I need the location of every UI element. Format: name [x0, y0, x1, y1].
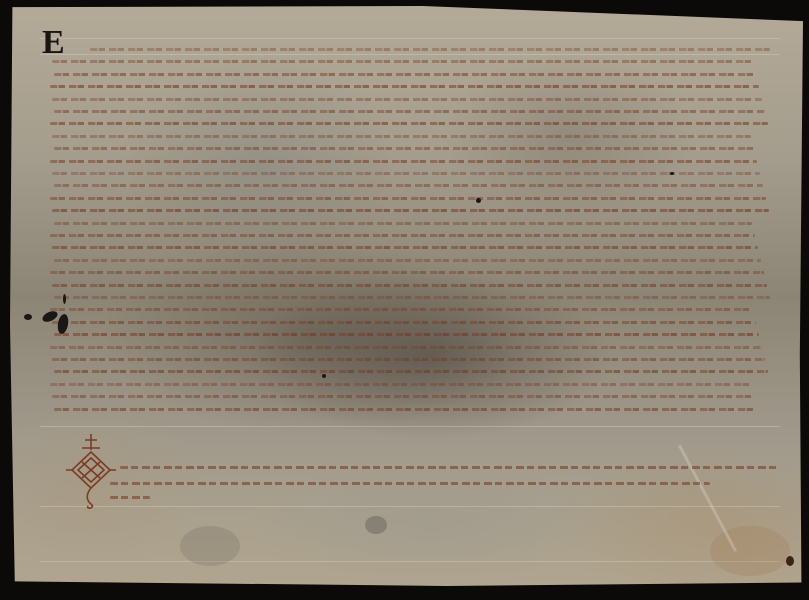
ruling-crease — [40, 506, 780, 507]
ruling-crease — [40, 38, 780, 39]
script-line — [50, 308, 753, 311]
script-line — [52, 60, 753, 63]
water-stain — [365, 516, 387, 534]
script-line — [52, 395, 754, 398]
script-line — [52, 98, 762, 101]
script-line — [50, 383, 751, 386]
script-line — [50, 346, 762, 349]
script-line — [54, 73, 756, 76]
hole-damage — [24, 314, 32, 320]
script-line — [50, 271, 764, 274]
script-line — [52, 246, 758, 249]
ink-spot — [476, 198, 481, 203]
script-line — [54, 259, 761, 262]
script-line — [52, 358, 765, 361]
script-line — [54, 222, 752, 225]
script-line — [90, 48, 770, 51]
script-line — [50, 160, 757, 163]
subscription-text-line — [110, 482, 710, 485]
script-line — [52, 284, 767, 287]
subscription-text-line — [120, 466, 780, 469]
ruling-crease — [40, 561, 780, 562]
water-stain — [180, 526, 240, 566]
script-line — [54, 110, 765, 113]
script-line — [54, 296, 770, 299]
script-line — [54, 333, 759, 336]
script-line — [54, 147, 754, 150]
script-line — [52, 321, 756, 324]
ink-spot — [322, 374, 326, 378]
script-line — [54, 370, 768, 373]
script-line — [52, 209, 769, 212]
script-line — [50, 197, 766, 200]
hole-damage — [63, 294, 66, 304]
water-stain — [710, 526, 790, 576]
image-stage: E — [0, 0, 809, 600]
notarial-sign-icon — [66, 434, 116, 512]
script-line — [54, 408, 757, 411]
corner-mark — [786, 556, 794, 566]
script-line — [50, 85, 759, 88]
script-line — [50, 234, 755, 237]
manuscript-body-text — [50, 42, 780, 422]
script-line — [50, 122, 768, 125]
ink-spot — [670, 172, 674, 175]
subscription-text-line — [110, 496, 150, 499]
script-line — [54, 184, 763, 187]
fold-crease — [678, 445, 737, 552]
parchment-sheet: E — [10, 6, 803, 586]
script-line — [52, 172, 760, 175]
script-line — [52, 135, 751, 138]
ruling-crease — [40, 426, 780, 427]
